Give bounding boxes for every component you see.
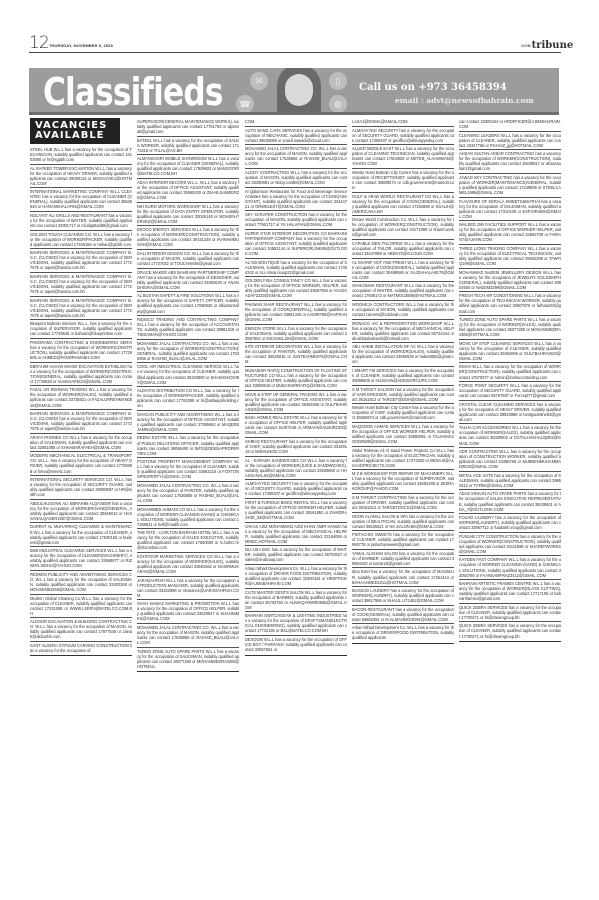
classified-ad: BAHRAIN SERVICES & MAINTENANCE COMPANY B… — [30, 410, 132, 434]
classified-ad: AHSAN SULTAN AKBAR CONTRACTING has a vac… — [459, 150, 561, 174]
classified-ad: GOLDEN FISH CONSULTANCY CO W.L.L has a v… — [245, 277, 347, 301]
classified-ad: EBRAHIM HASAN MAHDI EXCAVATION ESTABLISH… — [30, 363, 132, 387]
column-3: COMAUTO BAND CARS SERVICES has a vacancy… — [245, 118, 347, 654]
classified-ad: KAYDEN FAST COMPANY W.L.L has a vacancy … — [459, 556, 561, 580]
classified-ad: SHAKOMAK RESTAURANT W.L.L has a vacancy … — [352, 282, 454, 301]
classified-ad: can contact 33300444 or HRDFFICER@AJMSBA… — [459, 118, 561, 132]
classified-ad: BACON RESTAURANT has a vacancy for the o… — [352, 606, 454, 625]
classified-ad: RIDISCO TRADING AND CONTRACTING COMPANY … — [137, 316, 239, 340]
classified-ad: BAHRAIN SERVICES & MAINTENANCE COMPANY B… — [30, 249, 132, 273]
classified-ad: Modern Global Cleaning Co.W.L.L has a va… — [30, 595, 132, 619]
classified-ad: S M TARGET CONTRACTING has a vacancy for… — [352, 494, 454, 513]
classified-ad: EMISON STORE W.L.L has a vacancy for the… — [245, 325, 347, 344]
classified-ad: NOLAYAT ALI GRILLS AND RESTAURANT has a … — [30, 212, 132, 231]
classified-ad: CRYSTAL CLEAR CLEANING SERVICES has a va… — [459, 401, 561, 425]
email-text: email : advt@newsofbahrain.com — [395, 96, 534, 105]
publication-date: THURSDAY, NOVEMBER 6, 2025 — [49, 43, 113, 48]
classified-ad: CAPABLE MEN TAILORING W.L.L has a vacanc… — [352, 240, 454, 259]
classified-ad: AL BUSTAN SAFETY & FIRE SOLUTIONS W.L.L … — [137, 292, 239, 316]
classified-ad: DEXOOM W.L.L has a vacancy for the occup… — [245, 636, 347, 654]
classified-ad: BAHRAIN SWITCHGEAR & LIGHTING INDUSTRIES… — [245, 612, 347, 636]
classified-ad: QUICK ZEBRA SERVICES has a vacancy for t… — [459, 604, 561, 623]
classified-ad: JAWAD SKY CONTRACTING has a vacancy for … — [459, 174, 561, 198]
classified-ad: ALLIED MIDDLE EAST W.L.L has a vacancy f… — [352, 145, 454, 169]
column-5: can contact 33300444 or HRDFFICER@AJMSBA… — [459, 118, 561, 640]
classified-ad: ALMOAYYED SECURITY has a vacancy for the… — [245, 480, 347, 499]
classified-ad: BAGDAD LAUNDRY has a vacancy for the occ… — [352, 587, 454, 606]
mobile-icon: ▯ — [329, 72, 347, 90]
classified-ad: PUNJAB CITY CONSTRUCTION has a vacancy f… — [459, 533, 561, 557]
classified-ad: SANT ALDERA GYPSUM CARVING CONSTRUCTION … — [30, 642, 132, 655]
classified-ad: ABU HABIB INSTALLATION OF AC W.L.L has a… — [352, 343, 454, 367]
logo-prefix: NOB — [521, 43, 531, 48]
classified-ad: Arkan Nihad Development Co. W.L.L has a … — [245, 565, 347, 589]
classified-ad: LAZA1@DOMA@GMAIL.COM — [352, 118, 454, 127]
classified-ad: Westin Hotel Bahrain City Centre has a v… — [352, 404, 454, 423]
classified-ad: Abdul Rahman Ali Al Saad Power Projects … — [352, 447, 454, 471]
classified-ad: GOLDEN TOUCH CLEANING CO. W.L.L has a va… — [30, 231, 132, 250]
classified-ad: MAQSOOD AHMAD SERVICES W.L.L has a vacan… — [352, 423, 454, 447]
classified-ad: FORCE POINT SECURITY W.L.L has a vacancy… — [459, 382, 561, 401]
classified-ad: KITE INTERIOR DECORATION W.L.L has a vac… — [245, 343, 347, 367]
classified-ad: MOVE UP STEP CLEANING SERVICES W.L.L has… — [459, 340, 561, 364]
classified-ad: FAZAL UR REHMAN TRADING W.L.L has a vaca… — [30, 386, 132, 410]
classified-ad: ALDOY CONTRACTING W.L.L has a vacancy fo… — [245, 169, 347, 188]
classified-ad: SUPERVISOR(GENERAL MAINTENANCE WORKS), s… — [137, 118, 239, 137]
classified-ad: TURBO ZONE AUTO SPARE PARTS W.L.L has a … — [137, 648, 239, 671]
envelope-icon: ✉ — [250, 72, 268, 90]
classified-ad: BAHRAIN ARTISTIC FRAMES CENTRE W.L.L has… — [459, 580, 561, 604]
classified-ad: NOVE & STEP UP GENERAL TRADING W.L.L has… — [245, 391, 347, 415]
classified-ad: EKOCO ENERGY SERVICES W.L.L has a vacanc… — [137, 226, 239, 250]
classified-ad: SHAH NAWAZ MARKETING & PROMOTION W.L.L h… — [137, 600, 239, 624]
classified-ad: TURBO ZONE AUTO SPARE PARTS W.L.L has a … — [459, 316, 561, 340]
classified-ad: BAHRAIN SERVICES & MAINTENANCE COMPANY B… — [30, 297, 132, 321]
header-rule-right — [280, 52, 561, 53]
classified-ad: SUPER STAR INTERIOR DECORATION CO BAHRAI… — [245, 230, 347, 259]
classified-ad: MOHAMED JALAL CONTRACTING CO. W.L.L has … — [137, 482, 239, 506]
column-end-rule — [352, 643, 454, 644]
classified-ad: DURRAT AL MUHARRAQ CLEANING & MAINTENANC… — [30, 523, 132, 547]
classified-ad: ADAS SINAAN AUTO SPARE PARTS has a vacan… — [459, 490, 561, 514]
classified-ad: ADAA INTERIOR DECORS W.L.L. W.L.L has a … — [137, 179, 239, 203]
classified-ad: MOHAMMED AHMADI CO W.L.L has a vacancy f… — [137, 506, 239, 530]
column-4: LAZA1@DOMA@GMAIL.COMALMOAYYED SECURITY h… — [352, 118, 454, 642]
phone-icon: ☎ — [236, 95, 254, 112]
woman-face-illustration — [285, 74, 313, 106]
classified-ad: Arkan Nihad Development Co. W.L.L has a … — [352, 624, 454, 642]
classified-ad: MOHAMED JALAL CONTRACTING CO. W.L.L has … — [137, 624, 239, 648]
classified-ad: PISTACHIO SWEETS has a vacancy for the o… — [352, 531, 454, 550]
classified-ad: GULF & ARAB WORLD RESTAURANT CO W.L.L ha… — [352, 193, 454, 217]
classified-ad: SKY SCRAPER CONSTRUCTION has a vacancy f… — [245, 211, 347, 230]
classified-ad: WALEED 296 FACILITIES SUPPORT W.L.L has … — [459, 221, 561, 245]
classified-ad: Al Qalamoon Restaurant for Food and Beve… — [245, 188, 347, 212]
vacancies-heading: VACANCIES AVAILABLE — [30, 118, 120, 144]
classified-ad: YAMAL ALSHAM SALON has a vacancy for the… — [352, 550, 454, 569]
classified-ad: AL SHARIF HOT AND FRESH W.L.L has a vaca… — [352, 259, 454, 283]
classified-ad: CUTS MASTER GENTS SALON W.L.L has a vaca… — [245, 589, 347, 613]
column-end-rule — [137, 671, 239, 672]
classified-ad: I SMART FM SERVICES has a vacancy for th… — [352, 367, 454, 386]
call-us-text: Call us on +973 36458394 — [359, 82, 507, 93]
classified-ad: THREE LIONS TRADING COMPANY W.L.L has a … — [459, 245, 561, 269]
classified-ad: AL'ADI BOUTIQUE has a vacancy for the oc… — [245, 259, 347, 278]
globe-icon: ◍ — [329, 95, 347, 112]
classified-ad: GRACE MAKER ABS BAHRAINI PARTNERSHIP COM… — [137, 269, 239, 293]
classified-ad: STEEL HUB W.L.L has a vacancy for the oc… — [30, 146, 132, 165]
classified-ad: AUTO BAND CARS SERVICES has a vacancy fo… — [245, 127, 347, 146]
classified-ad: THE RITZ - CARLTON BAHRAIN HOTEL W.L.L h… — [137, 529, 239, 553]
classified-ad: FRESH TECH AIR CONDITIONING W.L.L has a … — [459, 292, 561, 316]
classified-ad: MOHAMED JALAL CONTRACTING CO. W.L.L has … — [245, 145, 347, 169]
classified-ad: FOXTONS PROPERTY MANAGEMENT COMPANY W.L.… — [137, 458, 239, 482]
column-2: SUPERVISOR(GENERAL MAINTENANCE WORKS), s… — [137, 118, 239, 670]
ads-list: can contact 33300444 or HRDFFICER@AJMSBA… — [459, 118, 561, 640]
classified-ad: PANORAMA CONTRACTING & ENGINEERING SERVI… — [30, 339, 132, 363]
classified-ad: INSHA W.L.L has a vacancy for the occupa… — [459, 363, 561, 382]
column-end-rule — [245, 655, 347, 656]
classified-ad: CLEANING LEADERS W.L.L has a vacancy for… — [459, 132, 561, 151]
ads-list: STEEL HUB W.L.L has a vacancy for the oc… — [30, 146, 132, 654]
classified-ad: S M TARGET SALOON has a vacancy for the … — [352, 386, 454, 405]
classified-ad: MONACO A/C & REFRIGERATION WORKSHOP W.L.… — [352, 320, 454, 344]
ads-list: SUPERVISOR(GENERAL MAINTENANCE WORKS), s… — [137, 118, 239, 670]
classified-ad: INTERNATIONAL MARKETING COMPANY W.L.L CL… — [30, 188, 132, 212]
column-1: VACANCIES AVAILABLE STEEL HUB W.L.L has … — [30, 118, 132, 654]
classified-ad: KOHITOOR MARKETING SERVICES CO W.L.L has… — [137, 553, 239, 577]
classified-ad: REDKEN PUBLICITY AND ADVERTISING SERVICE… — [30, 571, 132, 595]
classified-ad: M Z B WORKSHOP FOR REPAIR OF MACHINERY W… — [352, 470, 454, 494]
header-rule — [29, 52, 281, 53]
ads-list: COMAUTO BAND CARS SERVICES has a vacancy… — [245, 118, 347, 654]
classified-ad: COM — [245, 118, 347, 127]
classified-ad: ALMOAYYED SECURITY has a vacancy for the… — [352, 127, 454, 146]
banner-divider — [29, 112, 559, 115]
classified-ad: FOUAD LAUNDRY has a vacancy for the occu… — [459, 514, 561, 533]
classifieds-banner: Classifieds ✉ ☎ ▯ ◍ Call us on +973 3645… — [29, 68, 559, 112]
classified-ad: AL - KARAMA SANDWICHES CO W.L.L has a va… — [245, 457, 347, 481]
classified-ad: JARADAHFISH W.L.L has a vacancy for the … — [137, 577, 239, 601]
classified-ad: DEENA ESTATE W.L.L has a vacancy for the… — [137, 434, 239, 458]
classified-ad: BATEEL W.L.L has a vacancy for the occup… — [137, 137, 239, 156]
classified-ad: AL RAFEED TOWER EXCAVATION W.L.L has a v… — [30, 165, 132, 189]
page-number: 12 — [29, 34, 49, 52]
classified-ad: METAL AGE GATE has a vacancy for the occ… — [459, 472, 561, 491]
classified-ad: ALDAIYSI DISTRIBUTION CO W.L.L has a vac… — [137, 387, 239, 411]
classified-ad: MOHAMED JALAL CONTRACTING CO. W.L.L has … — [137, 340, 239, 364]
classified-ad: ALMANSOORI MOBILE SHOWROOM W.L.L has a v… — [137, 155, 239, 179]
classified-ad: BAHRAIN SERVICES & MAINTENANCE COMPANY B… — [30, 273, 132, 297]
classified-ad: QUICK ZEBRA SERVICES has a vacancy for t… — [459, 622, 561, 640]
ads-list: LAZA1@DOMA@GMAIL.COMALMOAYYED SECURITY h… — [352, 118, 454, 642]
classified-ad: NU ASIA BSC has a vacancy for the occupa… — [245, 546, 347, 565]
classified-ad: Dream World Construction Co. W.L.L has a… — [352, 216, 454, 240]
classified-ad: INTERNATIONAL SECURITY SERVICES CO. W.L.… — [30, 476, 132, 500]
logo-text: tribune — [532, 40, 574, 51]
classified-ad: COOL AIR INDUSTRIAL CLEANING SERVICE W.L… — [137, 363, 239, 387]
classified-ad: MUBASHIR RAFIQ CONSTRUCTION OF FLOATING … — [245, 367, 347, 391]
classified-ad: ABDULHUSSAIN ALI EBRAHIM ALQASEER has a … — [30, 500, 132, 524]
classified-ad: MOHAMMAD NAEEM JEWELLERY DESIGN W.L.L ha… — [459, 269, 561, 293]
column-end-rule — [30, 655, 132, 656]
column-end-rule — [459, 641, 561, 642]
classified-ad: NIH EURO MOTORS WORKSHOP W.L.L has a vac… — [137, 203, 239, 227]
classified-ad: TALHA CAR ACCESSORIES W.L.L has a vacanc… — [459, 424, 561, 448]
classified-ad: ARAFA PHONES CO W.L.L has a vacancy for … — [30, 434, 132, 453]
classified-ad: Blueprint Bahrain Interiors W.L.L. has a… — [30, 320, 132, 339]
classified-ad: MODERN MECHANICAL ELECTRICAL & TRANSPORT… — [30, 452, 132, 476]
classified-ad: Westin Hotel Bahrain City Centre has a v… — [352, 169, 454, 193]
classified-ad: SHAGAN PUBLICITY AND ADVERTISING W.L.L h… — [137, 411, 239, 435]
banner-title: Classifieds — [43, 72, 223, 112]
classified-ad: ADR CONTRACTING W.L.L has a vacancy for … — [459, 448, 561, 472]
classified-ad: ALDOOR EXCAVATION & BUILDING CONTRACTING… — [30, 618, 132, 642]
classified-ad: WOOHEJA CONTRACTORS W.L.L has a vacancy … — [352, 301, 454, 320]
masthead: 12 THURSDAY, NOVEMBER 6, 2025 — [29, 34, 280, 52]
classified-ad: dina hotel has a vacancy for the occupat… — [352, 568, 454, 587]
classified-ad: FIRST & FURIOUS BIKES RENTAL W.L.L has a… — [245, 499, 347, 523]
classified-ad: BABA HOMES REAL ESTATE W.L.L has a vacan… — [245, 414, 347, 438]
classified-ad: NOOR ALAMAL SALON & SPA has a vacancy fo… — [352, 513, 454, 532]
classified-ad: DALI INTERIOR DESIGN CO. W.L.L has a vac… — [137, 250, 239, 269]
classified-ad: BSB INDUSTRIAL CLEANING SERVICES W.L.L h… — [30, 547, 132, 571]
vacancies-heading-line2: AVAILABLE — [35, 131, 115, 141]
classified-ad: FLAVOURS OF KERALA SWEETS&MATHAI has a v… — [459, 198, 561, 222]
classified-ad: PAKWAN SHAR RESTAURANT W.L.L has a vacan… — [245, 301, 347, 325]
classified-ad: SHIRAZ RESTAURANT has a vacancy for the … — [245, 438, 347, 457]
tribune-logo: NOBtribune — [521, 40, 573, 51]
classified-ad: VAKAS AZIZ MOHAMMAD AZIZ KHAN AMIR HAMZA… — [245, 523, 347, 547]
